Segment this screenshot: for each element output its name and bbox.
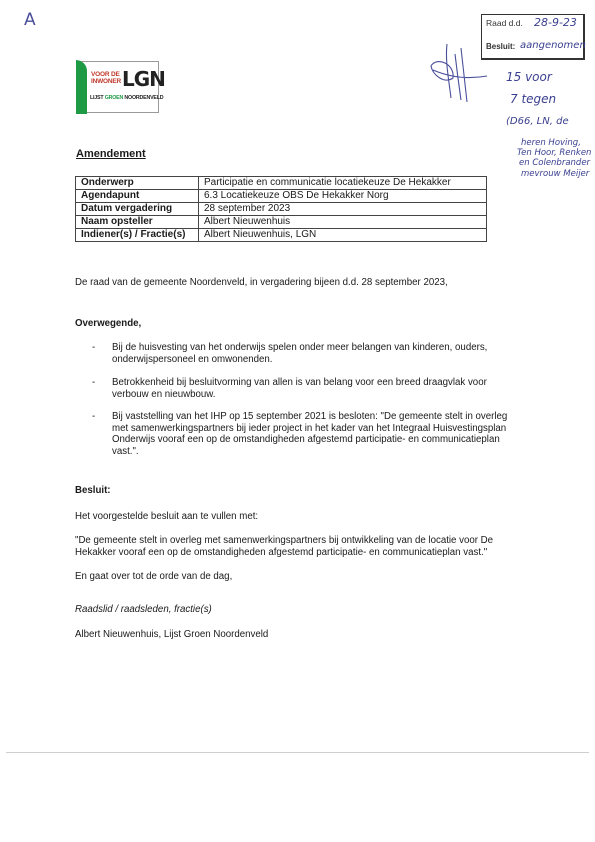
corner-letter-annotation: A — [24, 10, 36, 30]
decision-quote: "De gemeente stelt in overleg met samenw… — [75, 535, 555, 558]
meta-label: Agendapunt — [76, 190, 199, 203]
vote-detail-line: mevrouw Meijer — [521, 169, 589, 179]
stamp-besluit-label: Besluit: — [486, 42, 515, 51]
stamp-raad-label: Raad d.d. — [486, 18, 523, 28]
meta-label: Indiener(s) / Fractie(s) — [76, 229, 199, 242]
logo-tagline: VOOR DE INWONER — [91, 71, 121, 85]
table-row: Onderwerp Participatie en communicatie l… — [76, 177, 487, 190]
decision-quote-line: Hekakker vooraf een op de omstandigheden… — [75, 547, 555, 559]
consideration-line: vast.". — [112, 446, 552, 458]
table-row: Indiener(s) / Fractie(s) Albert Nieuwenh… — [76, 229, 487, 242]
vote-detail-line: (D66, LN, de — [506, 117, 569, 127]
consideration-line: Onderwijs vooraf een op de omstandighede… — [112, 434, 552, 446]
meta-label: Datum vergadering — [76, 203, 199, 216]
meta-value: 6.3 Locatiekeuze OBS De Hekakker Norg — [199, 190, 487, 203]
vote-for: 15 voor — [506, 70, 552, 84]
bullet-dash: - — [92, 411, 95, 422]
vote-detail-line: heren Hoving, — [521, 138, 581, 148]
meta-value: Albert Nieuwenhuis — [199, 216, 487, 229]
consideration-item: Betrokkenheid bij besluitvorming van all… — [112, 377, 552, 400]
consideration-line: Bij vaststelling van het IHP op 15 septe… — [112, 411, 552, 423]
logo-name-groen: GROEN — [105, 95, 123, 101]
vote-against: 7 tegen — [510, 92, 556, 106]
logo-name-lijst: LIJST — [90, 95, 103, 101]
logo-acronym: LGN — [122, 67, 165, 91]
table-row: Agendapunt 6.3 Locatiekeuze OBS De Hekak… — [76, 190, 487, 203]
meta-value: 28 september 2023 — [199, 203, 487, 216]
signatory-label: Raadslid / raadsleden, fractie(s) — [75, 604, 212, 616]
stamp-raad-date: 28-9-23 — [534, 16, 577, 29]
logo-tagline-line2: INWONER — [91, 78, 121, 85]
lgn-logo: VOOR DE INWONER LGN LIJST GROEN NOORDENV… — [77, 61, 159, 113]
bullet-dash: - — [92, 342, 95, 353]
meta-label: Naam opsteller — [76, 216, 199, 229]
decision-intro: Het voorgestelde besluit aan te vullen m… — [75, 511, 258, 523]
decision-quote-line: "De gemeente stelt in overleg met samenw… — [75, 535, 555, 547]
vote-detail-line: en Colenbrander — [519, 158, 590, 168]
document-title: Amendement — [76, 148, 146, 160]
stamp-besluit-value: aangenomen — [520, 40, 586, 51]
signatory-name: Albert Nieuwenhuis, Lijst Groen Noordenv… — [75, 629, 268, 641]
logo-green-bar — [76, 60, 87, 114]
meta-label: Onderwerp — [76, 177, 199, 190]
table-row: Naam opsteller Albert Nieuwenhuis — [76, 216, 487, 229]
council-stamp: Raad d.d. 28-9-23 Besluit: aangenomen — [481, 14, 585, 60]
consideration-item: Bij vaststelling van het IHP op 15 septe… — [112, 411, 552, 457]
bullet-dash: - — [92, 377, 95, 388]
consideration-item: Bij de huisvesting van het onderwijs spe… — [112, 342, 552, 365]
consideration-line: Betrokkenheid bij besluitvorming van all… — [112, 377, 552, 389]
meta-value: Albert Nieuwenhuis, LGN — [199, 229, 487, 242]
considering-heading: Overwegende, — [75, 318, 141, 330]
consideration-line: met samenwerkingspartners bij ieder proj… — [112, 423, 552, 435]
closing-line: En gaat over tot de orde van de dag, — [75, 571, 232, 583]
consideration-line: onderwijspersoneel en omwonenden. — [112, 354, 552, 366]
decision-heading: Besluit: — [75, 485, 111, 497]
consideration-line: verbouw en nieuwbouw. — [112, 389, 552, 401]
meta-value: Participatie en communicatie locatiekeuz… — [199, 177, 487, 190]
table-row: Datum vergadering 28 september 2023 — [76, 203, 487, 216]
logo-name-noordenveld: NOORDENVELD — [124, 95, 163, 101]
logo-party-name: LIJST GROEN NOORDENVELD — [90, 95, 163, 101]
vote-detail-line: Ten Hoor, Renken — [517, 148, 591, 158]
page-divider — [6, 752, 589, 753]
logo-tagline-line1: VOOR DE — [91, 71, 121, 78]
consideration-line: Bij de huisvesting van het onderwijs spe… — [112, 342, 552, 354]
intro-paragraph: De raad van de gemeente Noordenveld, in … — [75, 277, 448, 289]
amendment-meta-table: Onderwerp Participatie en communicatie l… — [75, 176, 487, 242]
